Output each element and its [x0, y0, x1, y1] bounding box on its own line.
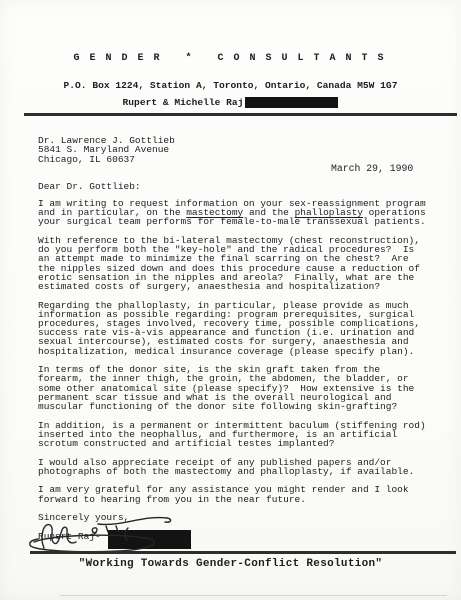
- body-paragraph: Regarding the phalloplasty, in particula…: [38, 301, 451, 356]
- letterhead-rule: [24, 113, 457, 116]
- body-paragraph: I am writing to request information on y…: [38, 199, 451, 227]
- letterhead-proprietors-line: Rupert & Michelle Raj: [0, 95, 461, 109]
- letterhead-address: P.O. Box 1224, Station A, Toronto, Ontar…: [0, 80, 461, 91]
- body-paragraph: In addition, is a permanent or intermitt…: [38, 421, 451, 449]
- letter-page: GENDER * CONSULTANTS P.O. Box 1224, Stat…: [0, 0, 461, 600]
- org-name: GENDER * CONSULTANTS: [6, 53, 461, 64]
- scan-artifact-line: [60, 595, 447, 596]
- redaction-box: [245, 97, 338, 108]
- letterhead-proprietors: Rupert & Michelle Raj: [123, 97, 244, 108]
- letter-date: March 29, 1990: [331, 163, 413, 174]
- footer-rule: [30, 551, 456, 554]
- body-paragraph: I would also appreciate receipt of any p…: [38, 458, 451, 476]
- handwritten-signature: [24, 502, 224, 558]
- recipient-address: Dr. Lawrence J. Gottlieb 5841 S. Marylan…: [38, 136, 175, 164]
- body-paragraph: With reference to the bi-lateral mastect…: [38, 236, 451, 291]
- letter-body: I am writing to request information on y…: [38, 199, 451, 532]
- salutation: Dear Dr. Gottlieb:: [38, 181, 141, 192]
- footer-motto: "Working Towards Gender-Conflict Resolut…: [0, 558, 461, 570]
- body-paragraph: In terms of the donor site, is the skin …: [38, 365, 451, 411]
